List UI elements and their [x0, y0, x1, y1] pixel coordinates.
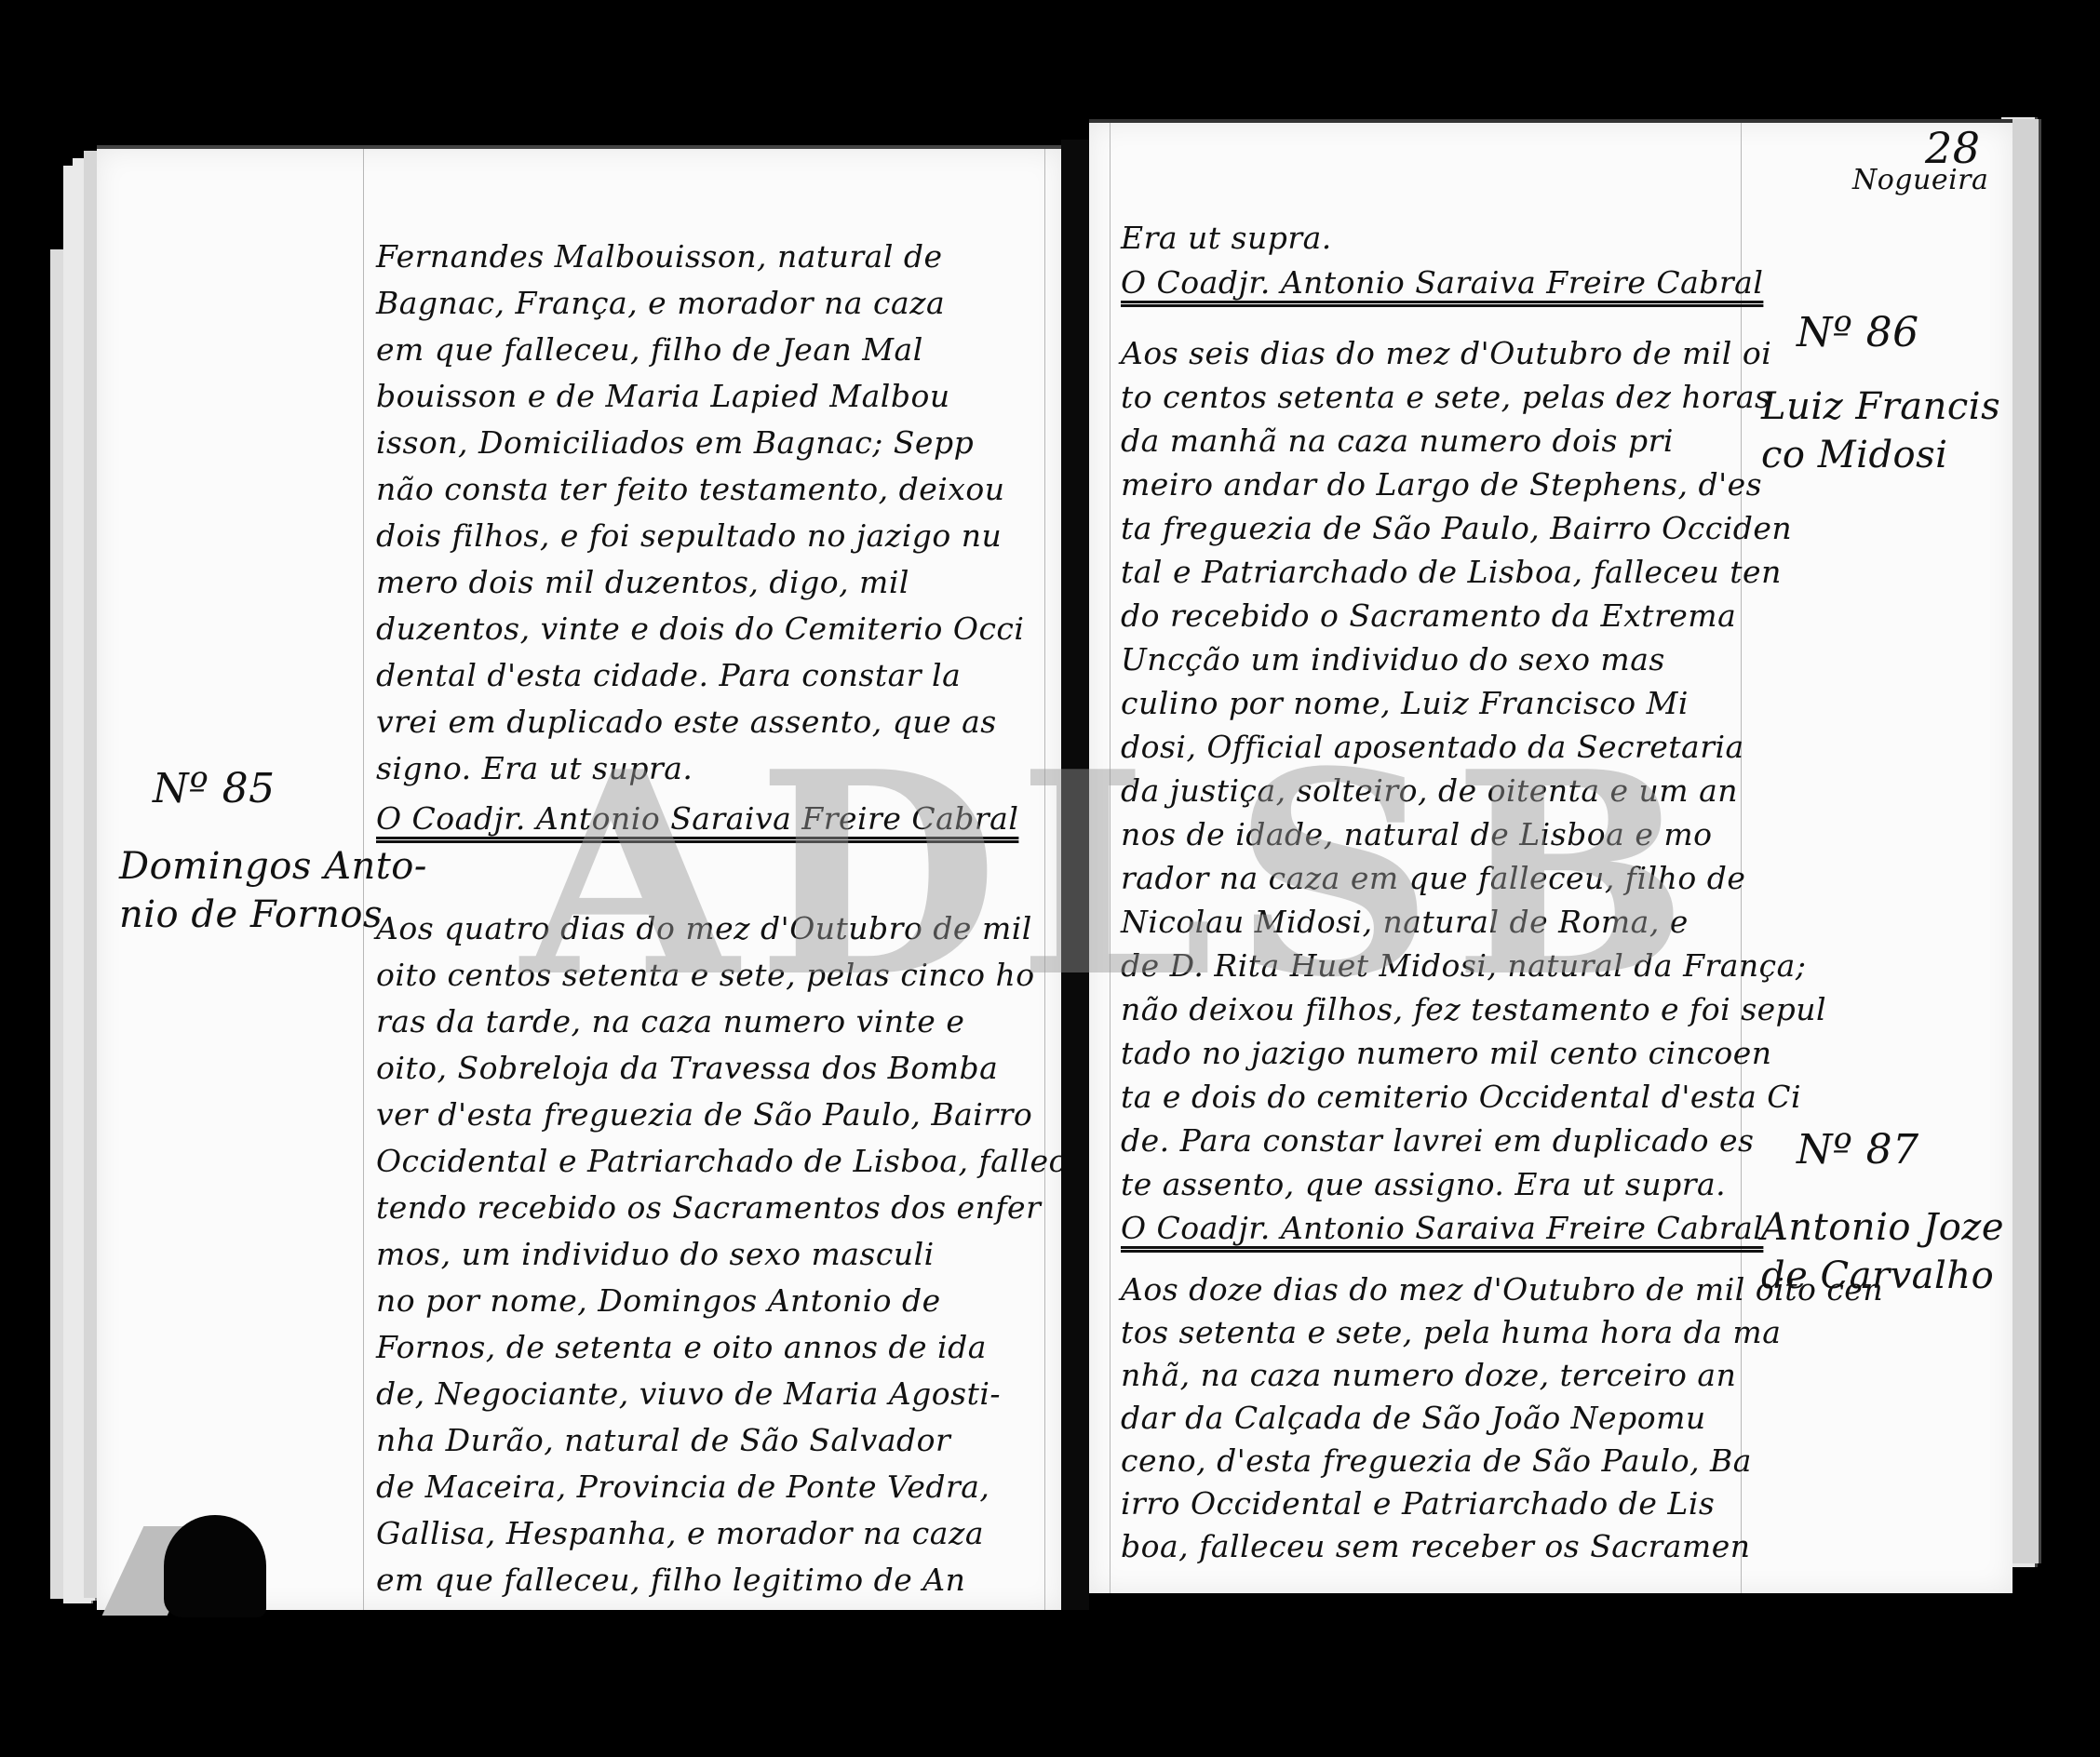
text-line: do recebido o Sacramento da Extrema [1121, 597, 1736, 634]
margin-name: co Midosi [1761, 434, 1947, 476]
margin-rule [1110, 123, 1111, 1593]
margin-name: Luiz Francis [1761, 385, 2000, 428]
entry-number: Nº 87 [1797, 1126, 1919, 1174]
text-line: irro Occidental e Patriarchado de Lis [1121, 1485, 1715, 1522]
text-line: Aos seis dias do mez d'Outubro de mil oi [1121, 335, 1771, 371]
text-line: Aos doze dias do mez d'Outubro de mil oi… [1121, 1271, 1883, 1308]
page-edge [2011, 119, 2041, 1563]
text-line: rador na caza em que falleceu, filho de [1121, 860, 1745, 896]
text-line: tos setenta e sete, pela huma hora da ma [1121, 1314, 1781, 1350]
margin-name: Antonio Joze [1761, 1206, 2004, 1249]
text-line: te assento, que assigno. Era ut supra. [1121, 1166, 1726, 1202]
text-line: culino por nome, Luiz Francisco Mi [1121, 685, 1689, 721]
text-line: de. Para constar lavrei em duplicado es [1121, 1122, 1754, 1159]
signature: O Coadjr. Antonio Saraiva Freire Cabral [1121, 264, 1763, 301]
text-line: Uncção um individuo do sexo mas [1121, 641, 1665, 677]
text-line: da justiça, solteiro, de oitenta e um an [1121, 772, 1738, 809]
text-line: não deixou filhos, fez testamento e foi … [1121, 991, 1826, 1027]
text-line: dosi, Official aposentado da Secretaria [1121, 729, 1744, 765]
text-line: meiro andar do Largo de Stephens, d'es [1121, 466, 1762, 503]
scanned-register-spread: Nº 85 Domingos Anto- nio de Fornos Ferna… [0, 0, 2100, 1757]
right-page: 28 Nogueira Nº 86 Luiz Francis co Midosi… [1089, 119, 2012, 1593]
entry-number: Nº 86 [1797, 309, 1919, 356]
signature: O Coadjr. Antonio Saraiva Freire Cabral [1121, 1210, 1763, 1246]
text-line: tal e Patriarchado de Lisboa, falleceu t… [1121, 554, 1782, 590]
text-line: Era ut supra. [1121, 220, 1332, 256]
text-line: to centos setenta e sete, pelas dez hora… [1121, 379, 1770, 415]
text-line: da manhã na caza numero dois pri [1121, 422, 1674, 459]
text-line: ceno, d'esta freguezia de São Paulo, Ba [1121, 1442, 1752, 1479]
text-line: nhã, na caza numero doze, terceiro an [1121, 1357, 1736, 1393]
text-line: ta freguezia de São Paulo, Bairro Occide… [1121, 510, 1792, 546]
folio-note: Nogueira [1852, 164, 1988, 196]
book-gutter [1061, 140, 1089, 1610]
thumb-silhouette [164, 1515, 266, 1617]
left-page-overlay [97, 145, 1061, 1606]
text-line: de D. Rita Huet Midosi, natural da Franç… [1121, 947, 1806, 984]
text-line: Nicolau Midosi, natural de Roma, e [1121, 904, 1689, 940]
text-line: tado no jazigo numero mil cento cincoen [1121, 1035, 1772, 1071]
text-line: boa, falleceu sem receber os Sacramen [1121, 1528, 1751, 1564]
text-line: dar da Calçada de São João Nepomu [1121, 1400, 1706, 1436]
text-line: nos de idade, natural de Lisboa e mo [1121, 816, 1713, 852]
text-line: ta e dois do cemiterio Occidental d'esta… [1121, 1079, 1801, 1115]
